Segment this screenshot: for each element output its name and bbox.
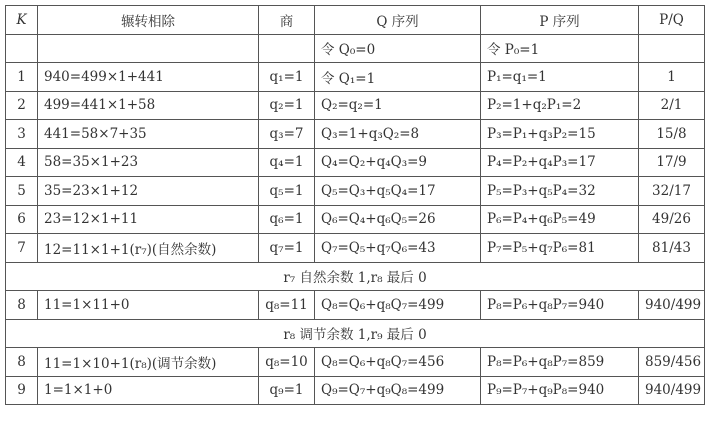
table-row: 5 35=23×1+12 q₅=1 Q₅=Q₃+q₅Q₄=17 P₅=P₃+q₅… [6, 177, 705, 206]
cell-quotient: q₆=1 [259, 205, 315, 234]
cell-p-seq: P₉=P₇+q₉P₈=940 [481, 376, 639, 405]
note-natural-remainder: r₇ 自然余数 1,r₈ 最后 0 [6, 262, 705, 291]
cell-quotient: q₇=1 [259, 234, 315, 263]
cell-k: 5 [6, 177, 38, 206]
note-row-natural-remainder: r₇ 自然余数 1,r₈ 最后 0 [6, 262, 705, 291]
cell-p-seq: P₃=P₁+q₃P₂=15 [481, 120, 639, 149]
header-p-sequence: P 序列 [481, 6, 639, 35]
header-quotient: 商 [259, 6, 315, 35]
cell-p-seq: P₄=P₂+q₄P₃=17 [481, 148, 639, 177]
table-row: 8 11=1×10+1(r₈)(调节余数) q₈=10 Q₈=Q₆+q₈Q₇=4… [6, 348, 705, 377]
init-row: 令 Q₀=0 令 P₀=1 [6, 34, 705, 63]
cell-quotient: q₈=11 [259, 291, 315, 320]
cell-division: 499=441×1+58 [38, 91, 259, 120]
cell-quotient: q₁=1 [259, 63, 315, 92]
continued-fraction-table: K 辗转相除 商 Q 序列 P 序列 P/Q 令 Q₀=0 令 P₀=1 1 9… [5, 5, 705, 405]
cell-division: 1=1×1+0 [38, 376, 259, 405]
cell-q-seq: 令 Q₀=0 [315, 34, 481, 63]
table-row: 4 58=35×1+23 q₄=1 Q₄=Q₂+q₄Q₃=9 P₄=P₂+q₄P… [6, 148, 705, 177]
cell-q-seq: Q₈=Q₆+q₈Q₇=456 [315, 348, 481, 377]
cell-p-seq: P₂=1+q₂P₁=2 [481, 91, 639, 120]
cell-ratio: 859/456 [639, 348, 705, 377]
cell-q-seq: Q₇=Q₅+q₇Q₆=43 [315, 234, 481, 263]
cell-ratio: 15/8 [639, 120, 705, 149]
cell-division: 441=58×7+35 [38, 120, 259, 149]
cell-q-seq: Q₄=Q₂+q₄Q₃=9 [315, 148, 481, 177]
cell-ratio: 940/499 [639, 291, 705, 320]
cell-q-seq: Q₅=Q₃+q₅Q₄=17 [315, 177, 481, 206]
cell-k: 9 [6, 376, 38, 405]
table-row: 2 499=441×1+58 q₂=1 Q₂=q₂=1 P₂=1+q₂P₁=2 … [6, 91, 705, 120]
cell-ratio: 2/1 [639, 91, 705, 120]
cell-q-seq: Q₉=Q₇+q₉Q₈=499 [315, 376, 481, 405]
cell-ratio: 17/9 [639, 148, 705, 177]
header-division: 辗转相除 [38, 6, 259, 35]
table-row: 8 11=1×11+0 q₈=11 Q₈=Q₆+q₈Q₇=499 P₈=P₆+q… [6, 291, 705, 320]
table-row: 3 441=58×7+35 q₃=7 Q₃=1+q₃Q₂=8 P₃=P₁+q₃P… [6, 120, 705, 149]
cell-p-seq: P₈=P₆+q₈P₇=859 [481, 348, 639, 377]
header-row: K 辗转相除 商 Q 序列 P 序列 P/Q [6, 6, 705, 35]
cell-quotient: q₅=1 [259, 177, 315, 206]
cell-quotient: q₃=7 [259, 120, 315, 149]
cell-quotient [259, 34, 315, 63]
table-row: 6 23=12×1+11 q₆=1 Q₆=Q₄+q₆Q₅=26 P₆=P₄+q₆… [6, 205, 705, 234]
cell-division: 58=35×1+23 [38, 148, 259, 177]
header-q-sequence: Q 序列 [315, 6, 481, 35]
cell-p-seq: P₅=P₃+q₅P₄=32 [481, 177, 639, 206]
cell-ratio: 1 [639, 63, 705, 92]
cell-q-seq: Q₃=1+q₃Q₂=8 [315, 120, 481, 149]
cell-division [38, 34, 259, 63]
table-row: 7 12=11×1+1(r₇)(自然余数) q₇=1 Q₇=Q₅+q₇Q₆=43… [6, 234, 705, 263]
table-row: 9 1=1×1+0 q₉=1 Q₉=Q₇+q₉Q₈=499 P₉=P₇+q₉P₈… [6, 376, 705, 405]
cell-q-seq: 令 Q₁=1 [315, 63, 481, 92]
cell-division: 35=23×1+12 [38, 177, 259, 206]
cell-q-seq: Q₂=q₂=1 [315, 91, 481, 120]
table-row: 1 940=499×1+441 q₁=1 令 Q₁=1 P₁=q₁=1 1 [6, 63, 705, 92]
note-row-adjusted-remainder: r₈ 调节余数 1,r₉ 最后 0 [6, 319, 705, 348]
cell-k: 2 [6, 91, 38, 120]
cell-ratio: 49/26 [639, 205, 705, 234]
cell-division: 940=499×1+441 [38, 63, 259, 92]
cell-division: 12=11×1+1(r₇)(自然余数) [38, 234, 259, 263]
cell-k: 6 [6, 205, 38, 234]
cell-q-seq: Q₆=Q₄+q₆Q₅=26 [315, 205, 481, 234]
cell-k: 8 [6, 291, 38, 320]
cell-k: 8 [6, 348, 38, 377]
cell-division: 23=12×1+11 [38, 205, 259, 234]
cell-division: 11=1×10+1(r₈)(调节余数) [38, 348, 259, 377]
cell-ratio [639, 34, 705, 63]
cell-ratio: 940/499 [639, 376, 705, 405]
cell-p-seq: P₆=P₄+q₆P₅=49 [481, 205, 639, 234]
cell-ratio: 32/17 [639, 177, 705, 206]
cell-p-seq: P₇=P₅+q₇P₆=81 [481, 234, 639, 263]
cell-p-seq: P₁=q₁=1 [481, 63, 639, 92]
note-adjusted-remainder: r₈ 调节余数 1,r₉ 最后 0 [6, 319, 705, 348]
cell-k: 4 [6, 148, 38, 177]
cell-ratio: 81/43 [639, 234, 705, 263]
cell-k [6, 34, 38, 63]
cell-k: 1 [6, 63, 38, 92]
header-ratio: P/Q [639, 6, 705, 35]
cell-k: 3 [6, 120, 38, 149]
cell-division: 11=1×11+0 [38, 291, 259, 320]
cell-p-seq: 令 P₀=1 [481, 34, 639, 63]
cell-quotient: q₈=10 [259, 348, 315, 377]
cell-quotient: q₉=1 [259, 376, 315, 405]
cell-quotient: q₄=1 [259, 148, 315, 177]
cell-p-seq: P₈=P₆+q₈P₇=940 [481, 291, 639, 320]
cell-q-seq: Q₈=Q₆+q₈Q₇=499 [315, 291, 481, 320]
cell-quotient: q₂=1 [259, 91, 315, 120]
header-k: K [6, 6, 38, 35]
cell-k: 7 [6, 234, 38, 263]
